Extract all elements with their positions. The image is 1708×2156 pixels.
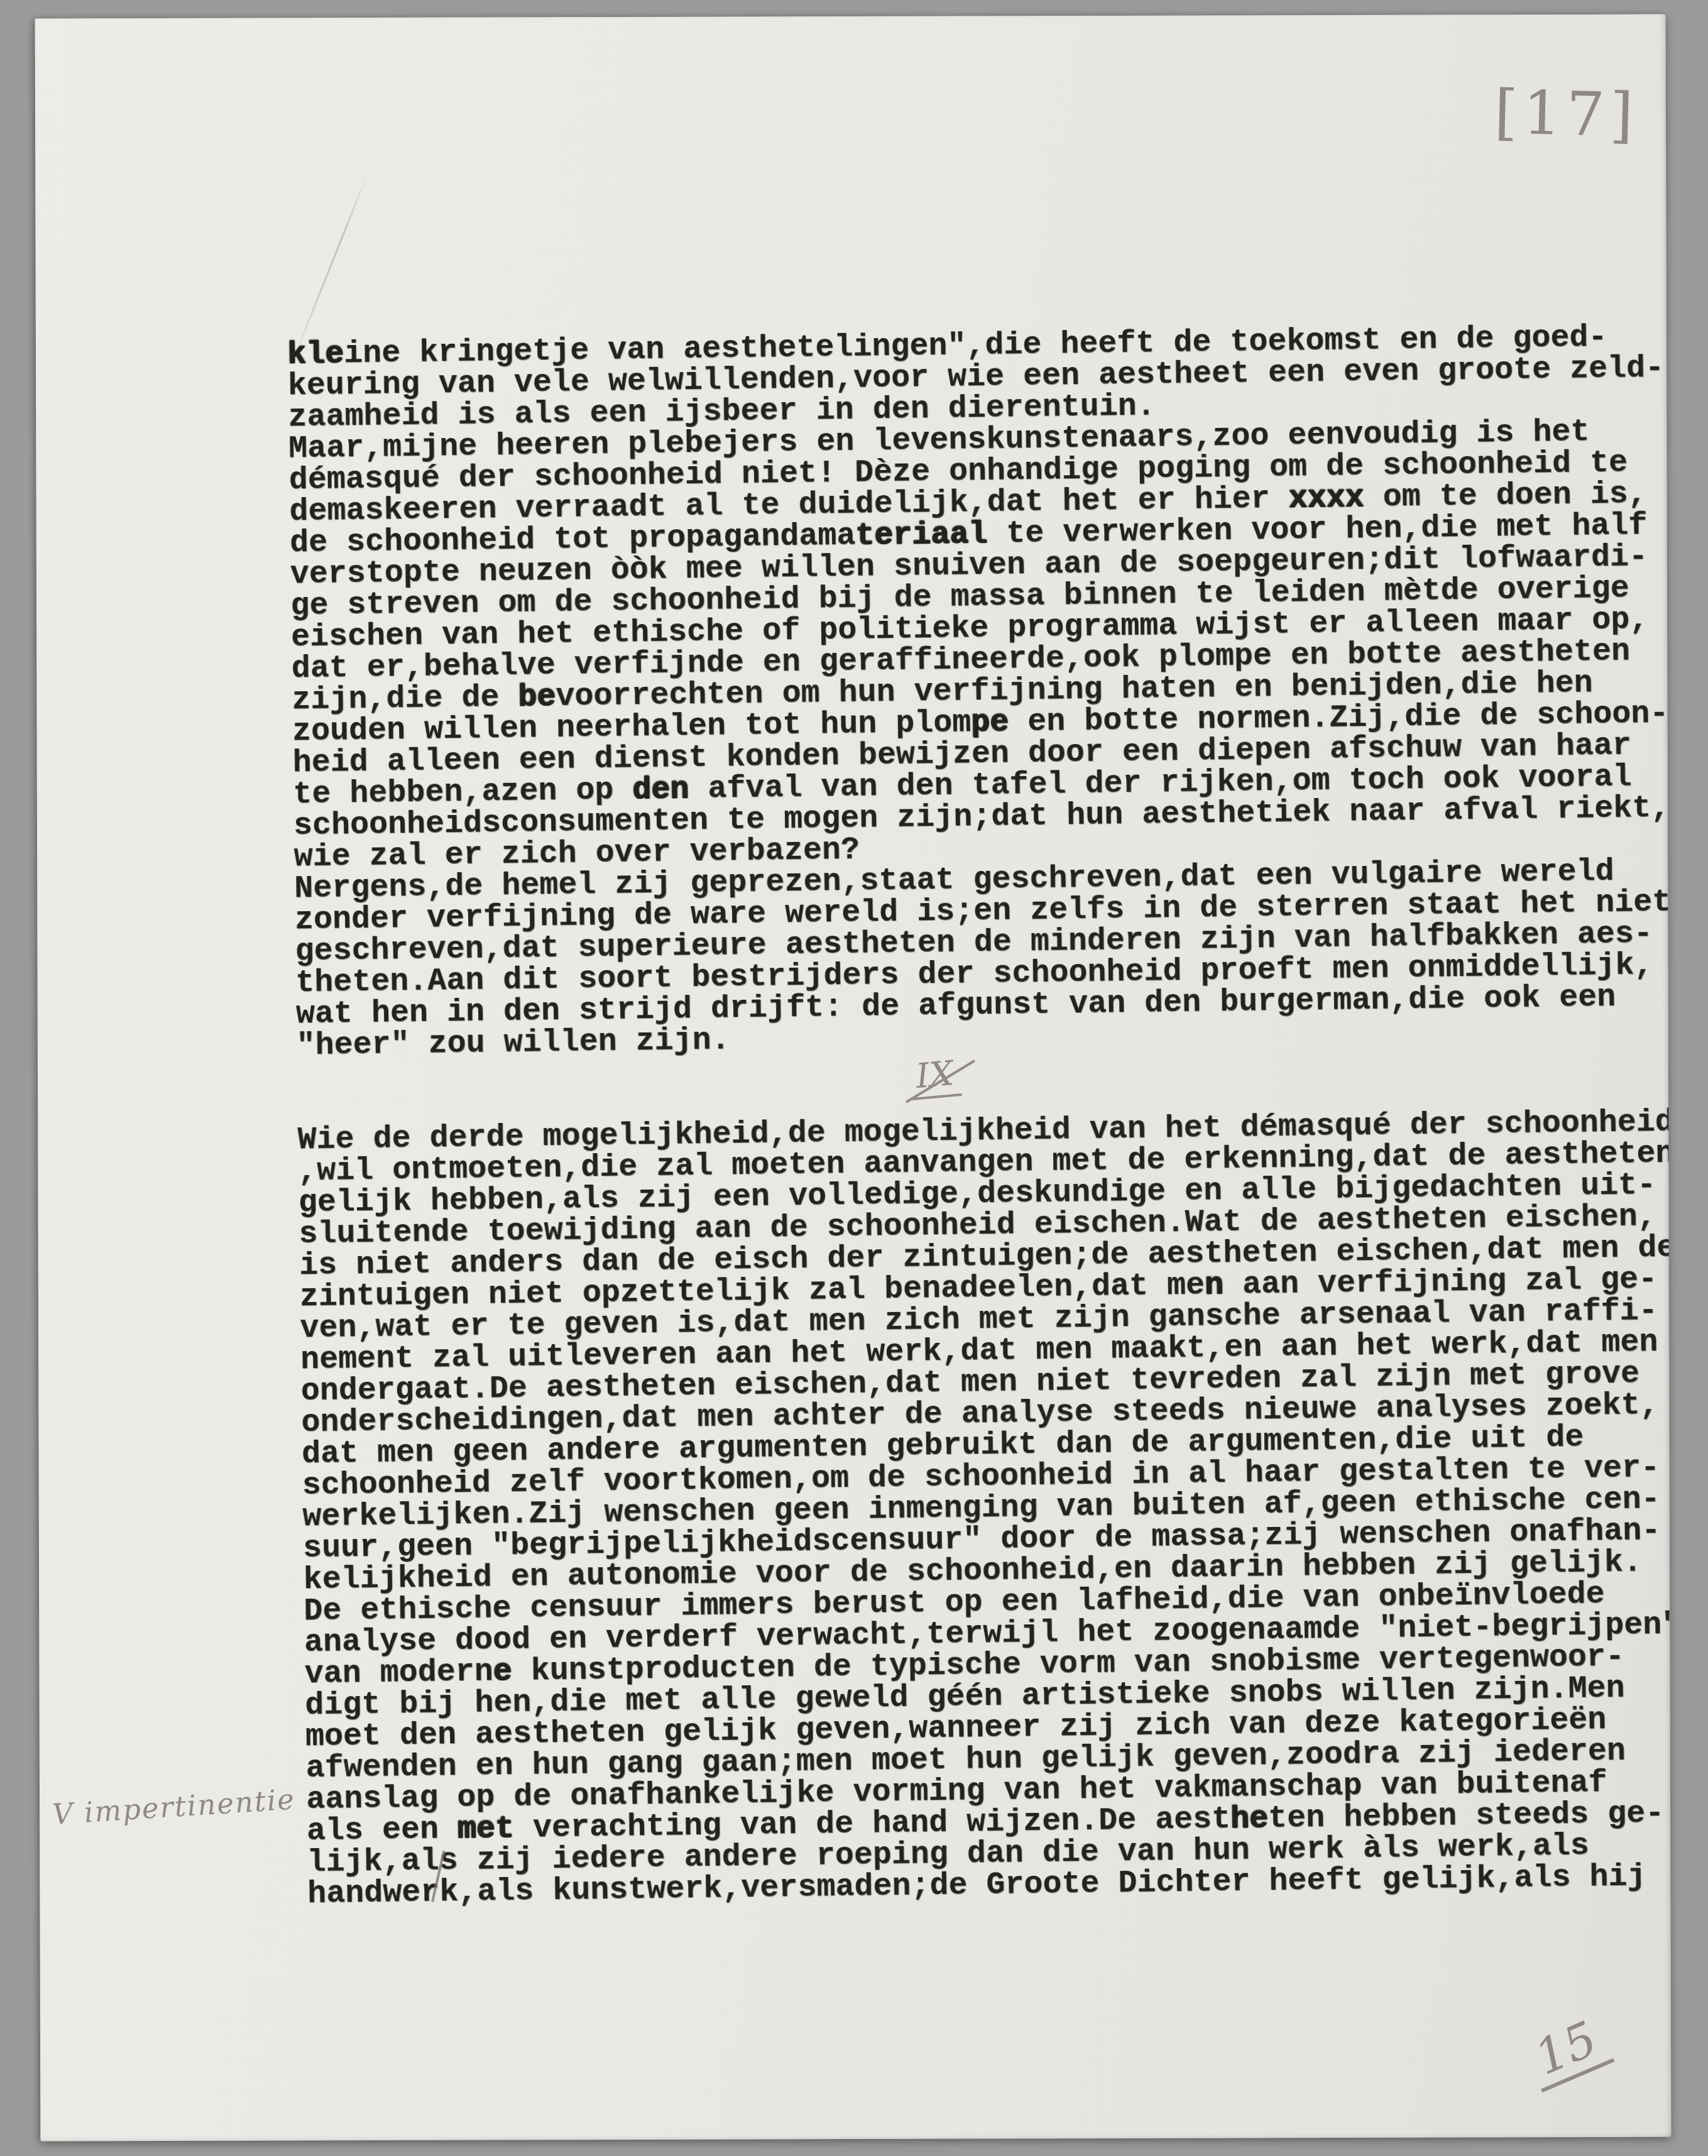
crease-mark bbox=[292, 171, 370, 361]
margin-note-pencil: V impertinentie bbox=[52, 1785, 296, 1829]
page-number-pencil-bottom: 15 bbox=[1521, 2011, 1614, 2093]
page-number-pencil-top: [17] bbox=[1494, 82, 1639, 145]
scanned-page: kleine kringetje van aesthetelingen",die… bbox=[35, 14, 1672, 2142]
section-number-pencil: IX bbox=[908, 1056, 961, 1100]
typescript-text-block: kleine kringetje van aesthetelingen",die… bbox=[287, 320, 1671, 1910]
